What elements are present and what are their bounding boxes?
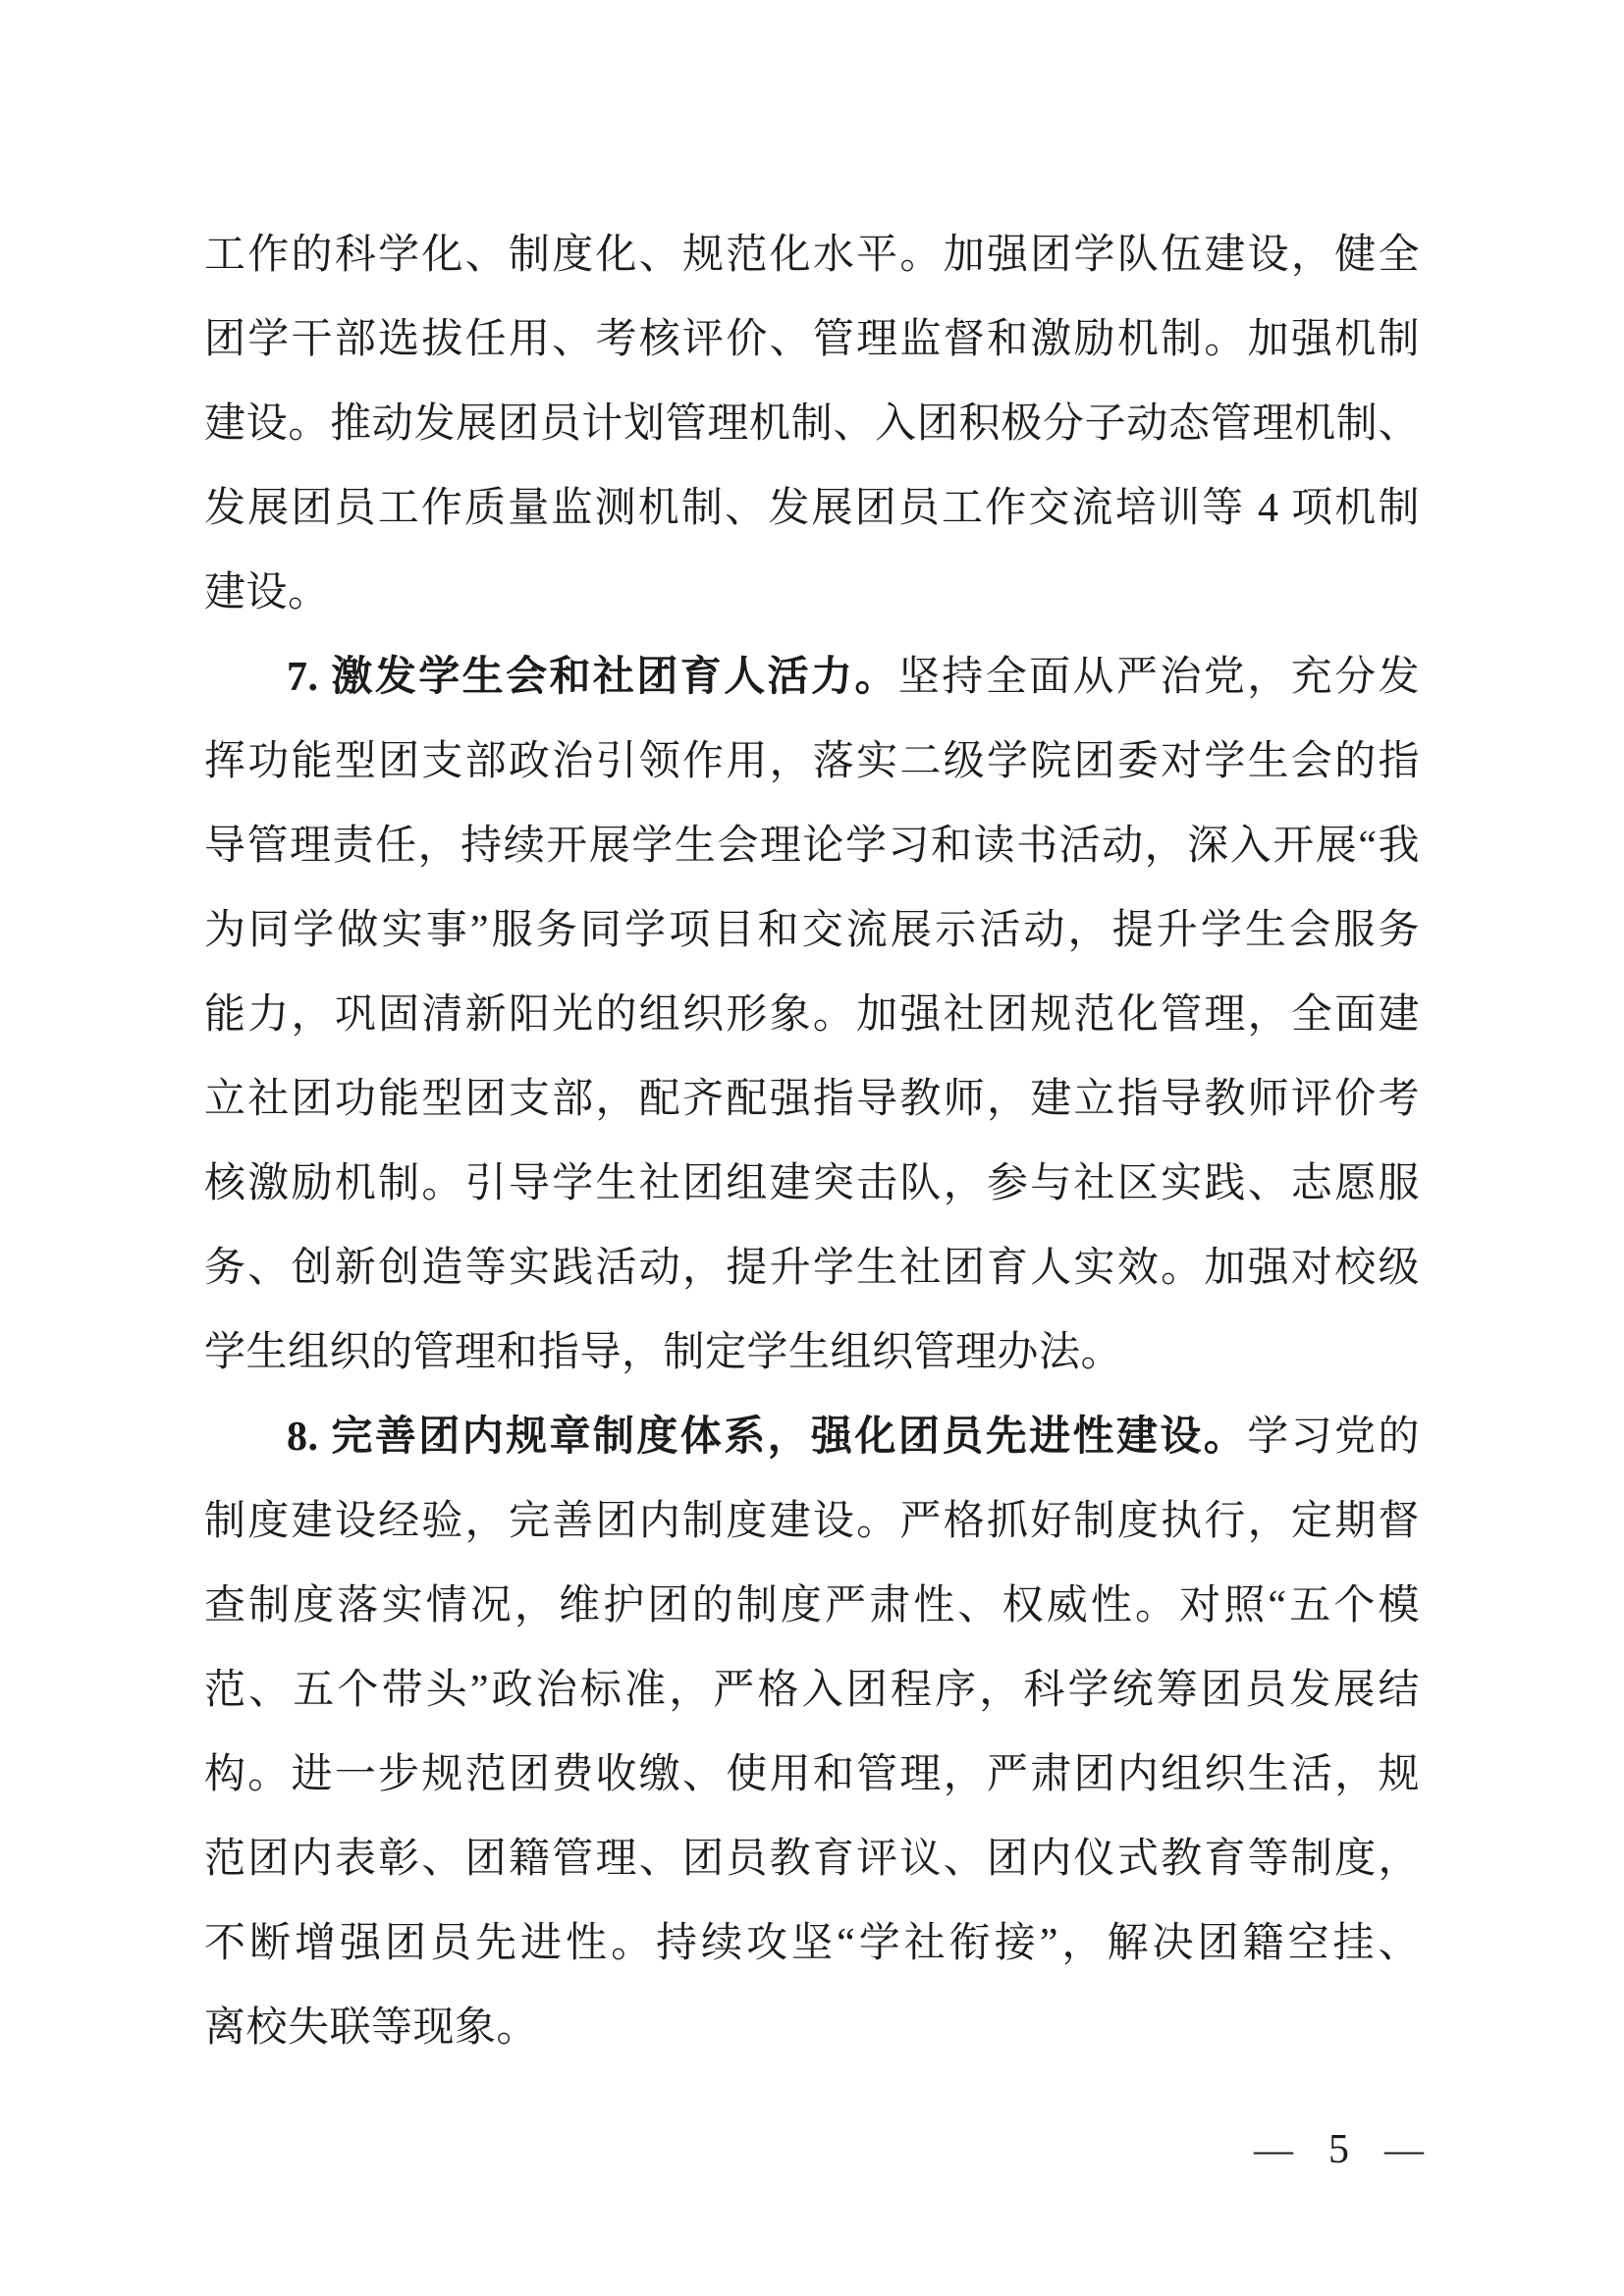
text-segment: 坚持全面从严治党，充分发 [898, 655, 1420, 700]
page-footer: — 5 — [1254, 2128, 1424, 2171]
text-segment: 建设。 [204, 570, 330, 615]
text-segment: 离校失联等现象。 [204, 2005, 538, 2051]
text-line: 团学干部选拔任用、考核评价、管理监督和激励机制。加强机制 [204, 297, 1420, 382]
text-line: 建设。推动发展团员计划管理机制、入团积极分子动态管理机制、 [204, 382, 1420, 466]
text-segment: 为同学做实事”服务同学项目和交流展示活动，提升学生会服务 [204, 908, 1420, 953]
text-segment: 工作的科学化、制度化、规范化水平。加强团学队伍建设，健全 [204, 233, 1420, 278]
text-line: 导管理责任，持续开展学生会理论学习和读书活动，深入开展“我 [204, 804, 1420, 888]
text-segment: 范团内表彰、团籍管理、团员教育评议、团内仪式教育等制度， [204, 1837, 1420, 1882]
text-line: 制度建设经验，完善团内制度建设。严格抓好制度执行，定期督 [204, 1479, 1420, 1564]
text-segment: 学习党的 [1247, 1415, 1420, 1460]
text-segment: 范、五个带头”政治标准，严格入团程序，科学统筹团员发展结 [204, 1668, 1420, 1713]
text-line: 离校失联等现象。 [204, 1986, 1420, 2070]
text-line: 学生组织的管理和指导，制定学生组织管理办法。 [204, 1310, 1420, 1395]
text-line: 立社团功能型团支部，配齐配强指导教师，建立指导教师评价考 [204, 1057, 1420, 1142]
text-line: 查制度落实情况，维护团的制度严肃性、权威性。对照“五个模 [204, 1564, 1420, 1648]
text-segment: 导管理责任，持续开展学生会理论学习和读书活动，深入开展“我 [204, 824, 1420, 869]
text-segment: 学生组织的管理和指导，制定学生组织管理办法。 [204, 1330, 1122, 1375]
text-line: 7. 激发学生会和社团育人活力。坚持全面从严治党，充分发 [204, 635, 1420, 720]
bold-heading-segment: 7. 激发学生会和社团育人活力。 [287, 655, 898, 700]
text-segment: 核激励机制。引导学生社团组建突击队，参与社区实践、志愿服 [204, 1161, 1420, 1206]
page-number: 5 [1328, 2128, 1349, 2171]
text-segment: 制度建设经验，完善团内制度建设。严格抓好制度执行，定期督 [204, 1499, 1420, 1544]
text-line: 能力，巩固清新阳光的组织形象。加强社团规范化管理，全面建 [204, 973, 1420, 1057]
text-line: 为同学做实事”服务同学项目和交流展示活动，提升学生会服务 [204, 888, 1420, 973]
document-body: 工作的科学化、制度化、规范化水平。加强团学队伍建设，健全团学干部选拔任用、考核评… [204, 213, 1420, 2070]
text-line: 工作的科学化、制度化、规范化水平。加强团学队伍建设，健全 [204, 213, 1420, 297]
text-line: 发展团员工作质量监测机制、发展团员工作交流培训等 4 项机制 [204, 466, 1420, 551]
bold-heading-segment: 8. 完善团内规章制度体系，强化团员先进性建设。 [287, 1415, 1247, 1460]
text-line: 范团内表彰、团籍管理、团员教育评议、团内仪式教育等制度， [204, 1817, 1420, 1901]
text-line: 务、创新创造等实践活动，提升学生社团育人实效。加强对校级 [204, 1226, 1420, 1310]
text-line: 建设。 [204, 551, 1420, 635]
text-line: 构。进一步规范团费收缴、使用和管理，严肃团内组织生活，规 [204, 1733, 1420, 1817]
footer-dash-right: — [1384, 2128, 1424, 2171]
text-line: 8. 完善团内规章制度体系，强化团员先进性建设。学习党的 [204, 1395, 1420, 1479]
text-segment: 务、创新创造等实践活动，提升学生社团育人实效。加强对校级 [204, 1246, 1420, 1291]
text-segment: 发展团员工作质量监测机制、发展团员工作交流培训等 4 项机制 [204, 486, 1420, 531]
text-segment: 立社团功能型团支部，配齐配强指导教师，建立指导教师评价考 [204, 1077, 1420, 1122]
text-segment: 能力，巩固清新阳光的组织形象。加强社团规范化管理，全面建 [204, 992, 1420, 1038]
text-segment: 构。进一步规范团费收缴、使用和管理，严肃团内组织生活，规 [204, 1752, 1420, 1797]
text-line: 核激励机制。引导学生社团组建突击队，参与社区实践、志愿服 [204, 1142, 1420, 1226]
text-segment: 不断增强团员先进性。持续攻坚“学社衔接”，解决团籍空挂、 [204, 1921, 1420, 1966]
text-segment: 查制度落实情况，维护团的制度严肃性、权威性。对照“五个模 [204, 1583, 1420, 1629]
footer-dash-left: — [1254, 2128, 1293, 2171]
text-line: 范、五个带头”政治标准，严格入团程序，科学统筹团员发展结 [204, 1648, 1420, 1733]
document-page: 工作的科学化、制度化、规范化水平。加强团学队伍建设，健全团学干部选拔任用、考核评… [0, 0, 1624, 2296]
text-segment: 建设。推动发展团员计划管理机制、入团积极分子动态管理机制、 [204, 401, 1420, 447]
text-segment: 挥功能型团支部政治引领作用，落实二级学院团委对学生会的指 [204, 739, 1420, 784]
text-segment: 团学干部选拔任用、考核评价、管理监督和激励机制。加强机制 [204, 317, 1420, 362]
text-line: 不断增强团员先进性。持续攻坚“学社衔接”，解决团籍空挂、 [204, 1901, 1420, 1986]
text-line: 挥功能型团支部政治引领作用，落实二级学院团委对学生会的指 [204, 720, 1420, 804]
